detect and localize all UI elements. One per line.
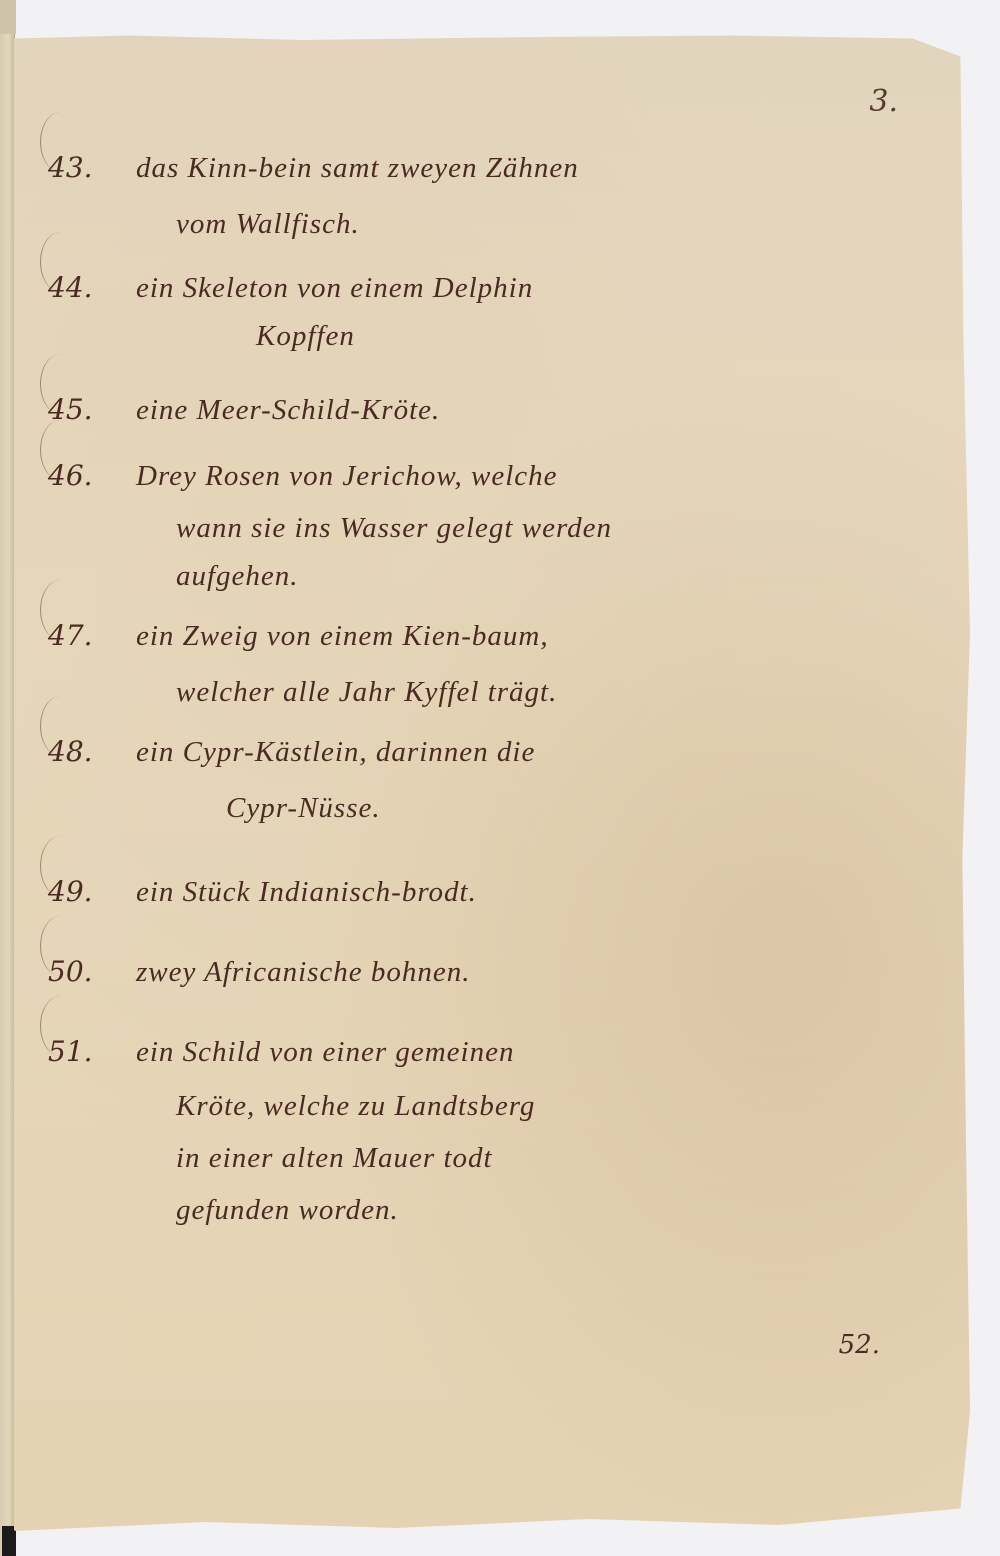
flourish-mark (40, 836, 81, 896)
entry-text: ein Cypr-Kästlein, darinnen die (136, 724, 928, 780)
list-item: 43. das Kinn-bein samt zweyen Zähnen vom… (48, 140, 928, 260)
catchword: 52. (839, 1330, 880, 1360)
list-item: 50. zwey Africanische bohnen. (48, 944, 928, 1024)
entry-text: wann sie ins Wasser gelegt werden (136, 504, 928, 552)
entry-text: vom Wallfisch. (136, 196, 928, 252)
entry-text: welcher alle Jahr Kyffel trägt. (136, 664, 928, 720)
flourish-mark (40, 420, 81, 480)
flourish-mark (40, 112, 81, 172)
entry-text: eine Meer-Schild-Kröte. (136, 382, 928, 438)
entry-text: zwey Africanische bohnen. (136, 944, 928, 1000)
entry-text: ein Zweig von einem Kien-baum, (136, 608, 928, 664)
flourish-mark (40, 232, 81, 292)
entry-text: aufgehen. (136, 552, 928, 600)
entry-list: 43. das Kinn-bein samt zweyen Zähnen vom… (48, 140, 928, 1244)
list-item: 47. ein Zweig von einem Kien-baum, welch… (48, 608, 928, 724)
list-item: 45. eine Meer-Schild-Kröte. (48, 382, 928, 448)
entry-text: in einer alten Mauer todt (136, 1132, 928, 1184)
entry-text: das Kinn-bein samt zweyen Zähnen (136, 140, 928, 196)
entry-text: Kröte, welche zu Landtsberg (136, 1080, 928, 1132)
entry-text: ein Skeleton von einem Delphin (136, 260, 928, 316)
page-number: 3. (869, 84, 898, 119)
binding-strip (0, 0, 15, 1556)
entry-text: gefunden worden. (136, 1184, 928, 1236)
list-item: 49. ein Stück Indianisch-brodt. (48, 864, 928, 944)
entry-text: Cypr-Nüsse. (136, 780, 928, 836)
entry-text: Drey Rosen von Jerichow, welche (136, 448, 928, 504)
list-item: 48. ein Cypr-Kästlein, darinnen die Cypr… (48, 724, 928, 864)
list-item: 46. Drey Rosen von Jerichow, welche wann… (48, 448, 928, 608)
list-item: 44. ein Skeleton von einem Delphin Kopff… (48, 260, 928, 382)
entry-text: ein Stück Indianisch-brodt. (136, 864, 928, 920)
entry-text: ein Schild von einer gemeinen (136, 1024, 928, 1080)
list-item: 51. ein Schild von einer gemeinen Kröte,… (48, 1024, 928, 1244)
flourish-mark (40, 916, 81, 976)
flourish-mark (40, 580, 81, 640)
flourish-mark (40, 996, 81, 1056)
entry-text: Kopffen (136, 316, 928, 356)
flourish-mark (40, 354, 81, 414)
flourish-mark (40, 696, 81, 756)
binding-tab (2, 1526, 16, 1556)
binding-tape (0, 0, 16, 34)
